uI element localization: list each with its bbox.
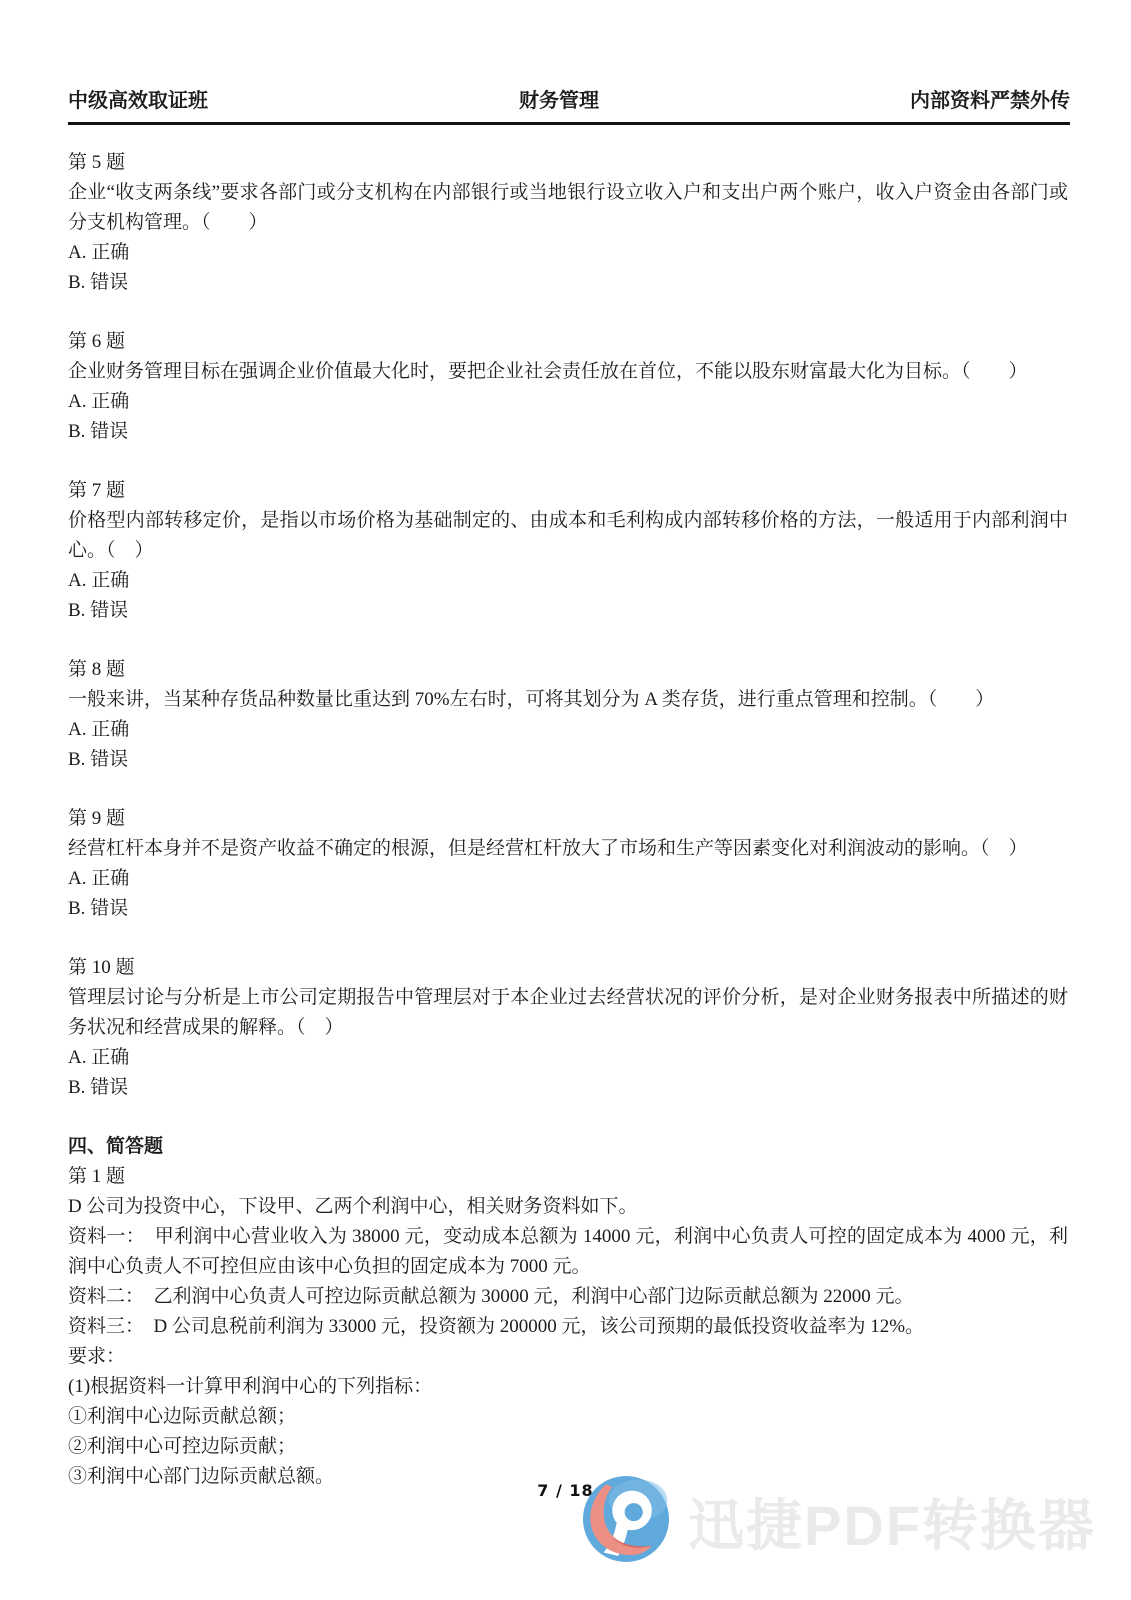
question-number: 第 9 题 bbox=[68, 804, 1068, 834]
question-number: 第 5 题 bbox=[68, 148, 1068, 178]
question-number: 第 10 题 bbox=[68, 953, 1068, 983]
answer-option-b: B. 错误 bbox=[68, 745, 1068, 775]
material-1: 资料一： 甲利润中心营业收入为 38000 元，变动成本总额为 14000 元，… bbox=[68, 1222, 1068, 1282]
section-title: 四、简答题 bbox=[68, 1132, 1068, 1162]
question-number: 第 7 题 bbox=[68, 476, 1068, 506]
question-stem: 企业“收支两条线”要求各部门或分支机构在内部银行或当地银行设立收入户和支出户两个… bbox=[68, 178, 1068, 238]
answer-option-b: B. 错误 bbox=[68, 596, 1068, 626]
answer-option-a: A. 正确 bbox=[68, 387, 1068, 417]
requirement-1: (1)根据资料一计算甲利润中心的下列指标： bbox=[68, 1372, 1068, 1402]
header-confidential-label: 内部资料严禁外传 bbox=[910, 84, 1070, 113]
question-stem: 企业财务管理目标在强调企业价值最大化时，要把企业社会责任放在首位，不能以股东财富… bbox=[68, 357, 1068, 387]
answer-option-a: A. 正确 bbox=[68, 566, 1068, 596]
question-block-10: 第 10 题 管理层讨论与分析是上市公司定期报告中管理层对于本企业过去经营状况的… bbox=[68, 953, 1068, 1103]
question-block-9: 第 9 题 经营杠杆本身并不是资产收益不确定的根源，但是经营杠杆放大了市场和生产… bbox=[68, 804, 1068, 924]
answer-option-a: A. 正确 bbox=[68, 864, 1068, 894]
question-number: 第 1 题 bbox=[68, 1162, 1068, 1192]
header-subject-label: 财务管理 bbox=[519, 84, 599, 113]
question-block-8: 第 8 题 一般来讲，当某种存货品种数量比重达到 70%左右时，可将其划分为 A… bbox=[68, 655, 1068, 775]
answer-option-b: B. 错误 bbox=[68, 268, 1068, 298]
requirement-1-1: ①利润中心边际贡献总额； bbox=[68, 1402, 1068, 1432]
answer-option-b: B. 错误 bbox=[68, 894, 1068, 924]
requirement-1-2: ②利润中心可控边际贡献； bbox=[68, 1432, 1068, 1462]
question-block-7: 第 7 题 价格型内部转移定价，是指以市场价格为基础制定的、由成本和毛利构成内部… bbox=[68, 476, 1068, 626]
answer-option-b: B. 错误 bbox=[68, 417, 1068, 447]
document-body: 第 5 题 企业“收支两条线”要求各部门或分支机构在内部银行或当地银行设立收入户… bbox=[68, 148, 1068, 1492]
answer-option-a: A. 正确 bbox=[68, 1043, 1068, 1073]
answer-option-a: A. 正确 bbox=[68, 238, 1068, 268]
pdf-converter-logo-icon bbox=[583, 1476, 669, 1562]
document-page: 中级高效取证班 财务管理 内部资料严禁外传 第 5 题 企业“收支两条线”要求各… bbox=[0, 0, 1131, 1600]
material-3: 资料三： D 公司息税前利润为 33000 元，投资额为 200000 元，该公… bbox=[68, 1312, 1068, 1342]
question-stem: 价格型内部转移定价，是指以市场价格为基础制定的、由成本和毛利构成内部转移价格的方… bbox=[68, 506, 1068, 566]
question-stem: 一般来讲，当某种存货品种数量比重达到 70%左右时，可将其划分为 A 类存货，进… bbox=[68, 685, 1068, 715]
material-2: 资料二： 乙利润中心负责人可控边际贡献总额为 30000 元，利润中心部门边际贡… bbox=[68, 1282, 1068, 1312]
question-number: 第 6 题 bbox=[68, 327, 1068, 357]
question-block-5: 第 5 题 企业“收支两条线”要求各部门或分支机构在内部银行或当地银行设立收入户… bbox=[68, 148, 1068, 298]
question-number: 第 8 题 bbox=[68, 655, 1068, 685]
answer-option-a: A. 正确 bbox=[68, 715, 1068, 745]
short-answer-section: 四、简答题 第 1 题 D 公司为投资中心，下设甲、乙两个利润中心，相关财务资料… bbox=[68, 1132, 1068, 1492]
watermark-text: 迅捷PDF转换器 bbox=[688, 1496, 1096, 1556]
question-stem: 经营杠杆本身并不是资产收益不确定的根源，但是经营杠杆放大了市场和生产等因素变化对… bbox=[68, 834, 1068, 864]
header-course-label: 中级高效取证班 bbox=[68, 84, 208, 113]
question-stem: 管理层讨论与分析是上市公司定期报告中管理层对于本企业过去经营状况的评价分析，是对… bbox=[68, 983, 1068, 1043]
requirement-label: 要求： bbox=[68, 1342, 1068, 1372]
page-header: 中级高效取证班 财务管理 内部资料严禁外传 bbox=[68, 84, 1070, 125]
question-block-6: 第 6 题 企业财务管理目标在强调企业价值最大化时，要把企业社会责任放在首位，不… bbox=[68, 327, 1068, 447]
answer-option-b: B. 错误 bbox=[68, 1073, 1068, 1103]
question-intro: D 公司为投资中心，下设甲、乙两个利润中心，相关财务资料如下。 bbox=[68, 1192, 1068, 1222]
